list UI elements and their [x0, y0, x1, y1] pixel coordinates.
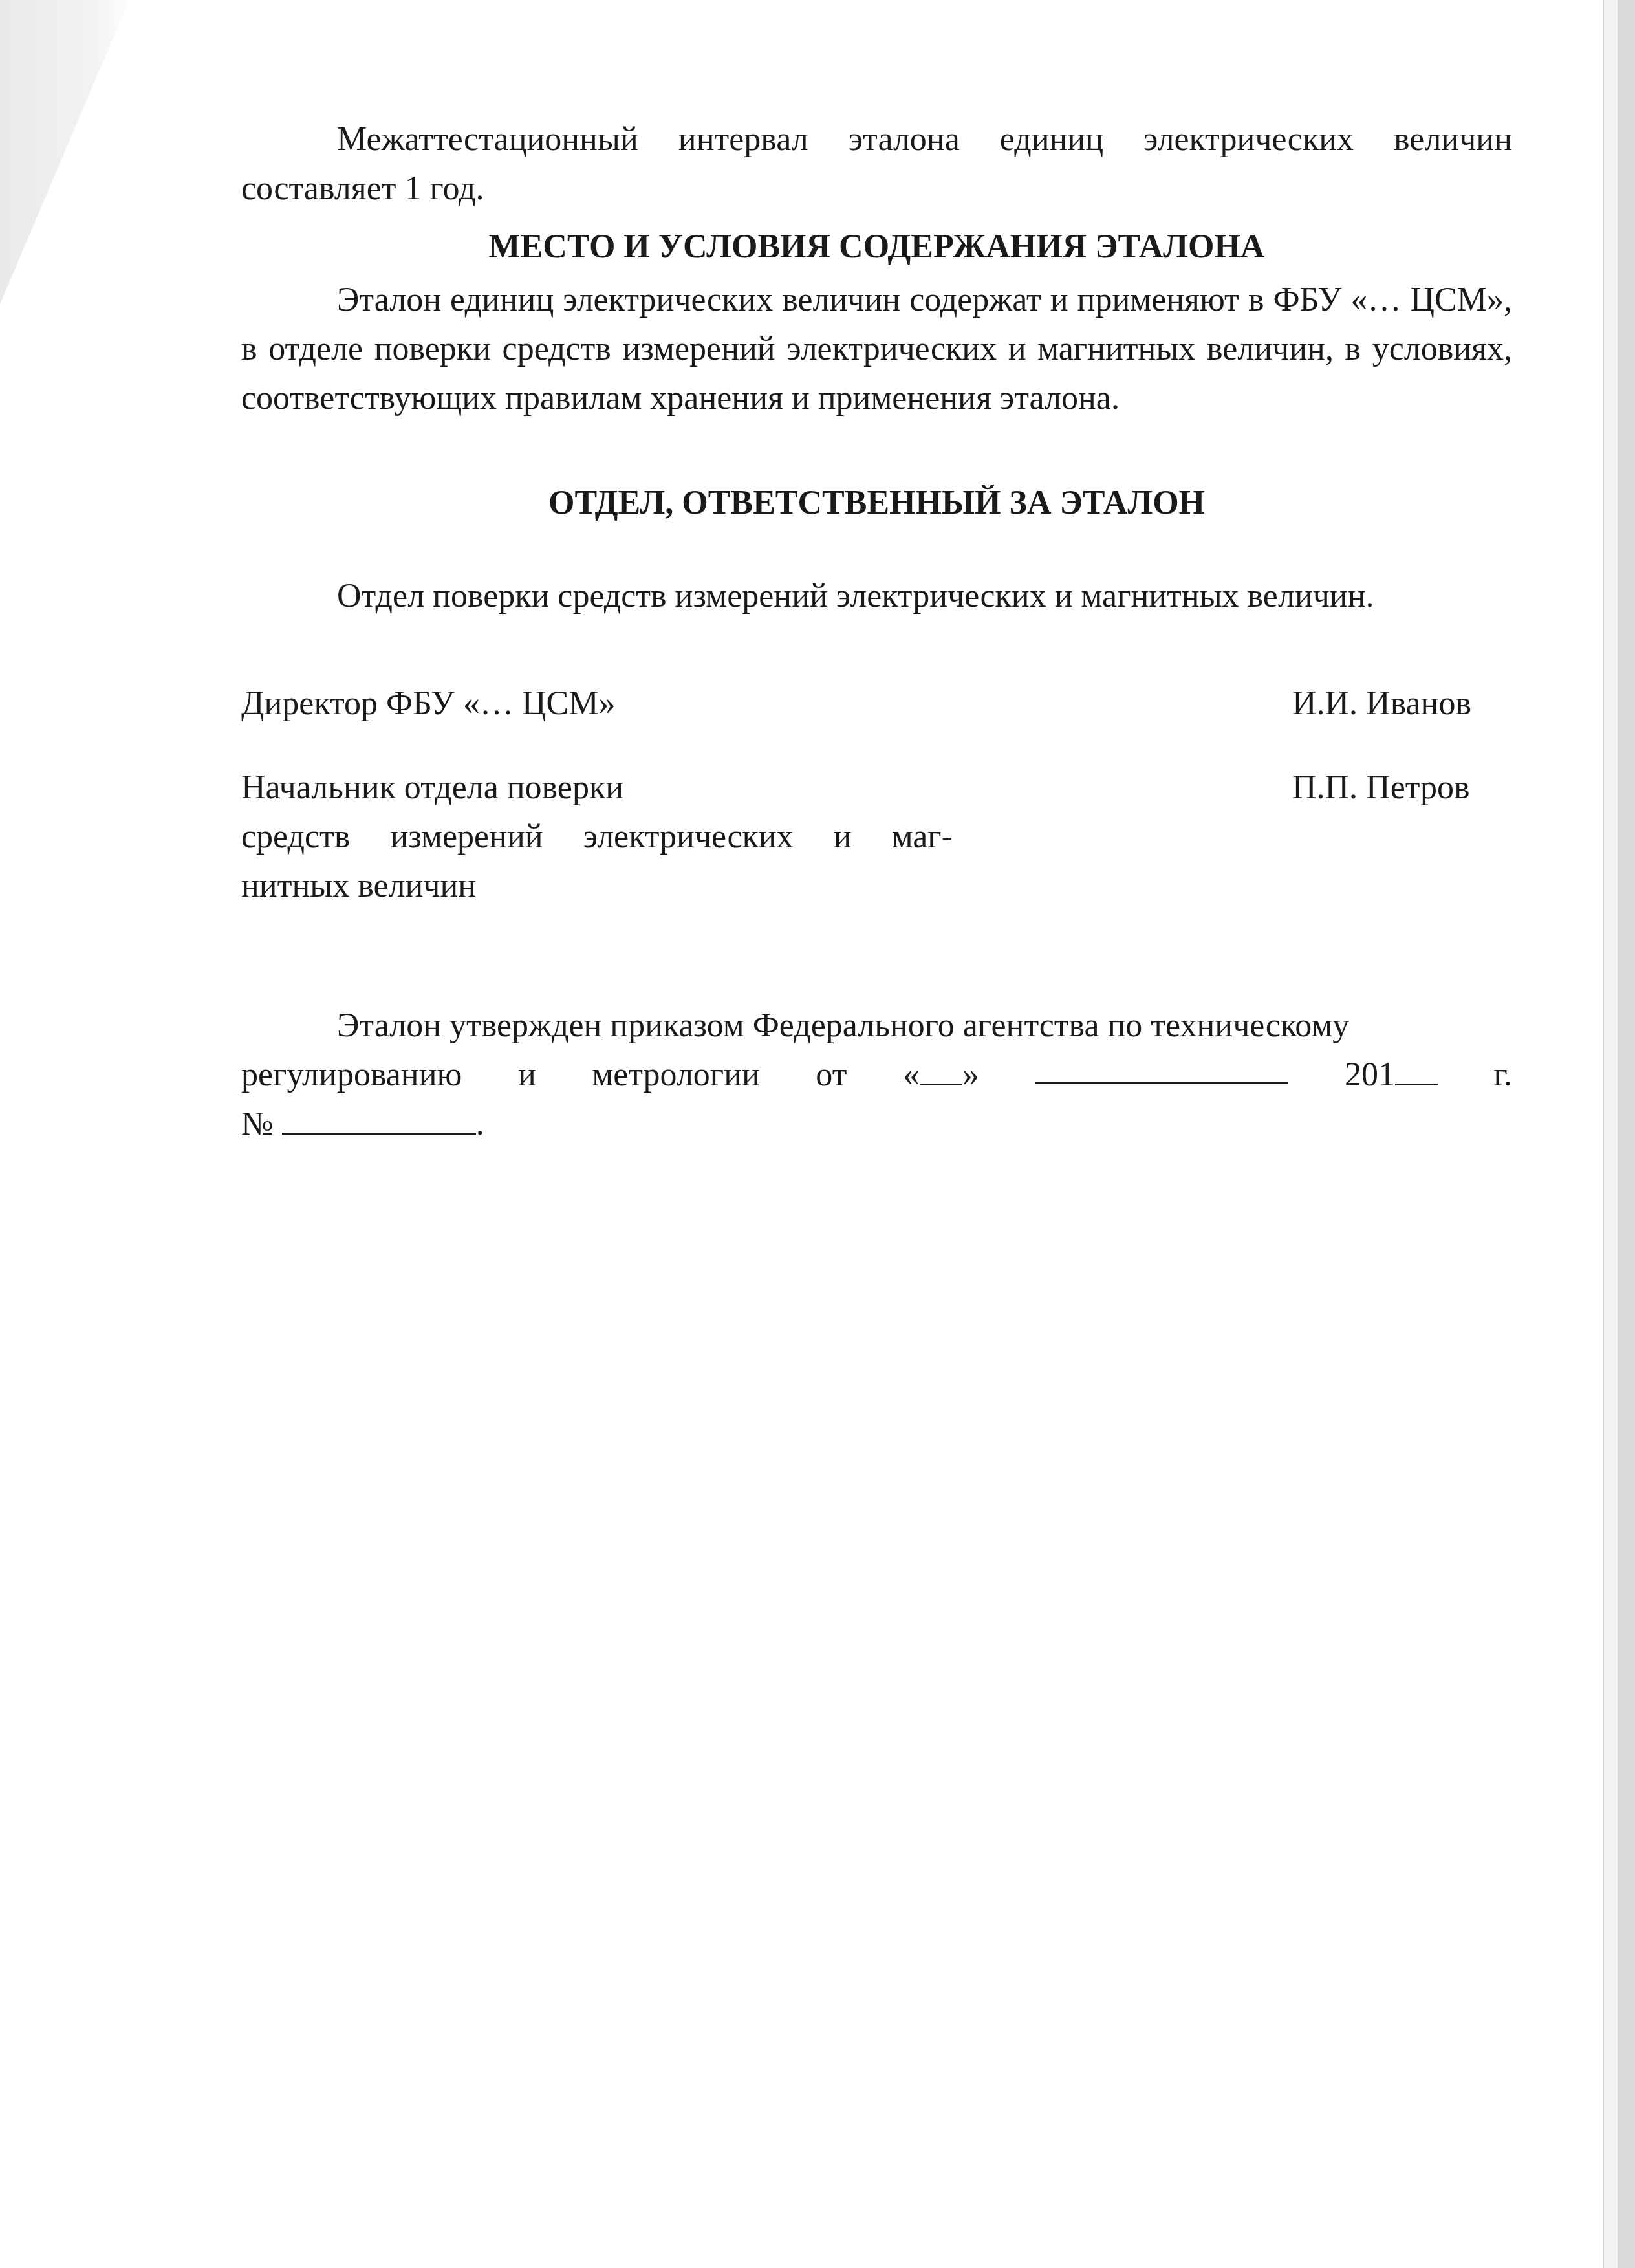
signer-title-line: Начальник отдела поверки	[241, 763, 953, 812]
order-number-line: № .	[241, 1100, 1512, 1149]
date-year-field: 201	[1345, 1051, 1438, 1100]
signatures-block: Директор ФБУ «… ЦСМ» И.И. Иванов Начальн…	[241, 679, 1512, 911]
approval-line-1: Эталон утвержден приказом Федерального а…	[241, 1001, 1512, 1051]
document-body: Межаттестационный интервал эталона едини…	[241, 115, 1512, 1149]
signer-name: П.П. Петров	[1292, 763, 1512, 911]
approval-word: от	[816, 1051, 847, 1100]
signer-title-line: средств измерений электрических и маг-	[241, 812, 953, 862]
document-page: Межаттестационный интервал эталона едини…	[0, 0, 1604, 2268]
place-conditions-paragraph: Эталон единиц электрических величин соде…	[241, 276, 1512, 423]
folded-corner	[0, 0, 136, 323]
date-month-blank	[1035, 1051, 1288, 1084]
number-sign: №	[241, 1106, 274, 1142]
interval-paragraph: Межаттестационный интервал эталона едини…	[241, 115, 1512, 213]
date-day-field: «»	[903, 1051, 979, 1100]
signature-director: Директор ФБУ «… ЦСМ» И.И. Иванов	[241, 679, 1512, 728]
approval-statement: Эталон утвержден приказом Федерального а…	[241, 1001, 1512, 1149]
approval-word: метрологии	[592, 1051, 760, 1100]
approval-line-2: регулированию и метрологии от «» 201 г.	[241, 1051, 1512, 1100]
order-number-blank	[282, 1102, 476, 1135]
approval-word: регулированию	[241, 1051, 462, 1100]
signer-name: И.И. Иванов	[1292, 679, 1512, 728]
signer-title-line: нитных величин	[241, 862, 953, 911]
responsible-department-paragraph: Отдел поверки средств измерений электрич…	[241, 572, 1512, 621]
year-suffix: г.	[1493, 1051, 1511, 1100]
heading-place-conditions: МЕСТО И УСЛОВИЯ СОДЕРЖАНИЯ ЭТАЛОНА	[241, 223, 1512, 272]
signer-title: Директор ФБУ «… ЦСМ»	[241, 679, 953, 728]
signer-title-line: Директор ФБУ «… ЦСМ»	[241, 679, 953, 728]
signature-department-head: Начальник отдела поверки средств измерен…	[241, 763, 1512, 911]
heading-responsible-department: ОТДЕЛ, ОТВЕТСТВЕННЫЙ ЗА ЭТАЛОН	[241, 479, 1512, 528]
approval-word: и	[518, 1051, 536, 1100]
signer-title: Начальник отдела поверки средств измерен…	[241, 763, 953, 911]
